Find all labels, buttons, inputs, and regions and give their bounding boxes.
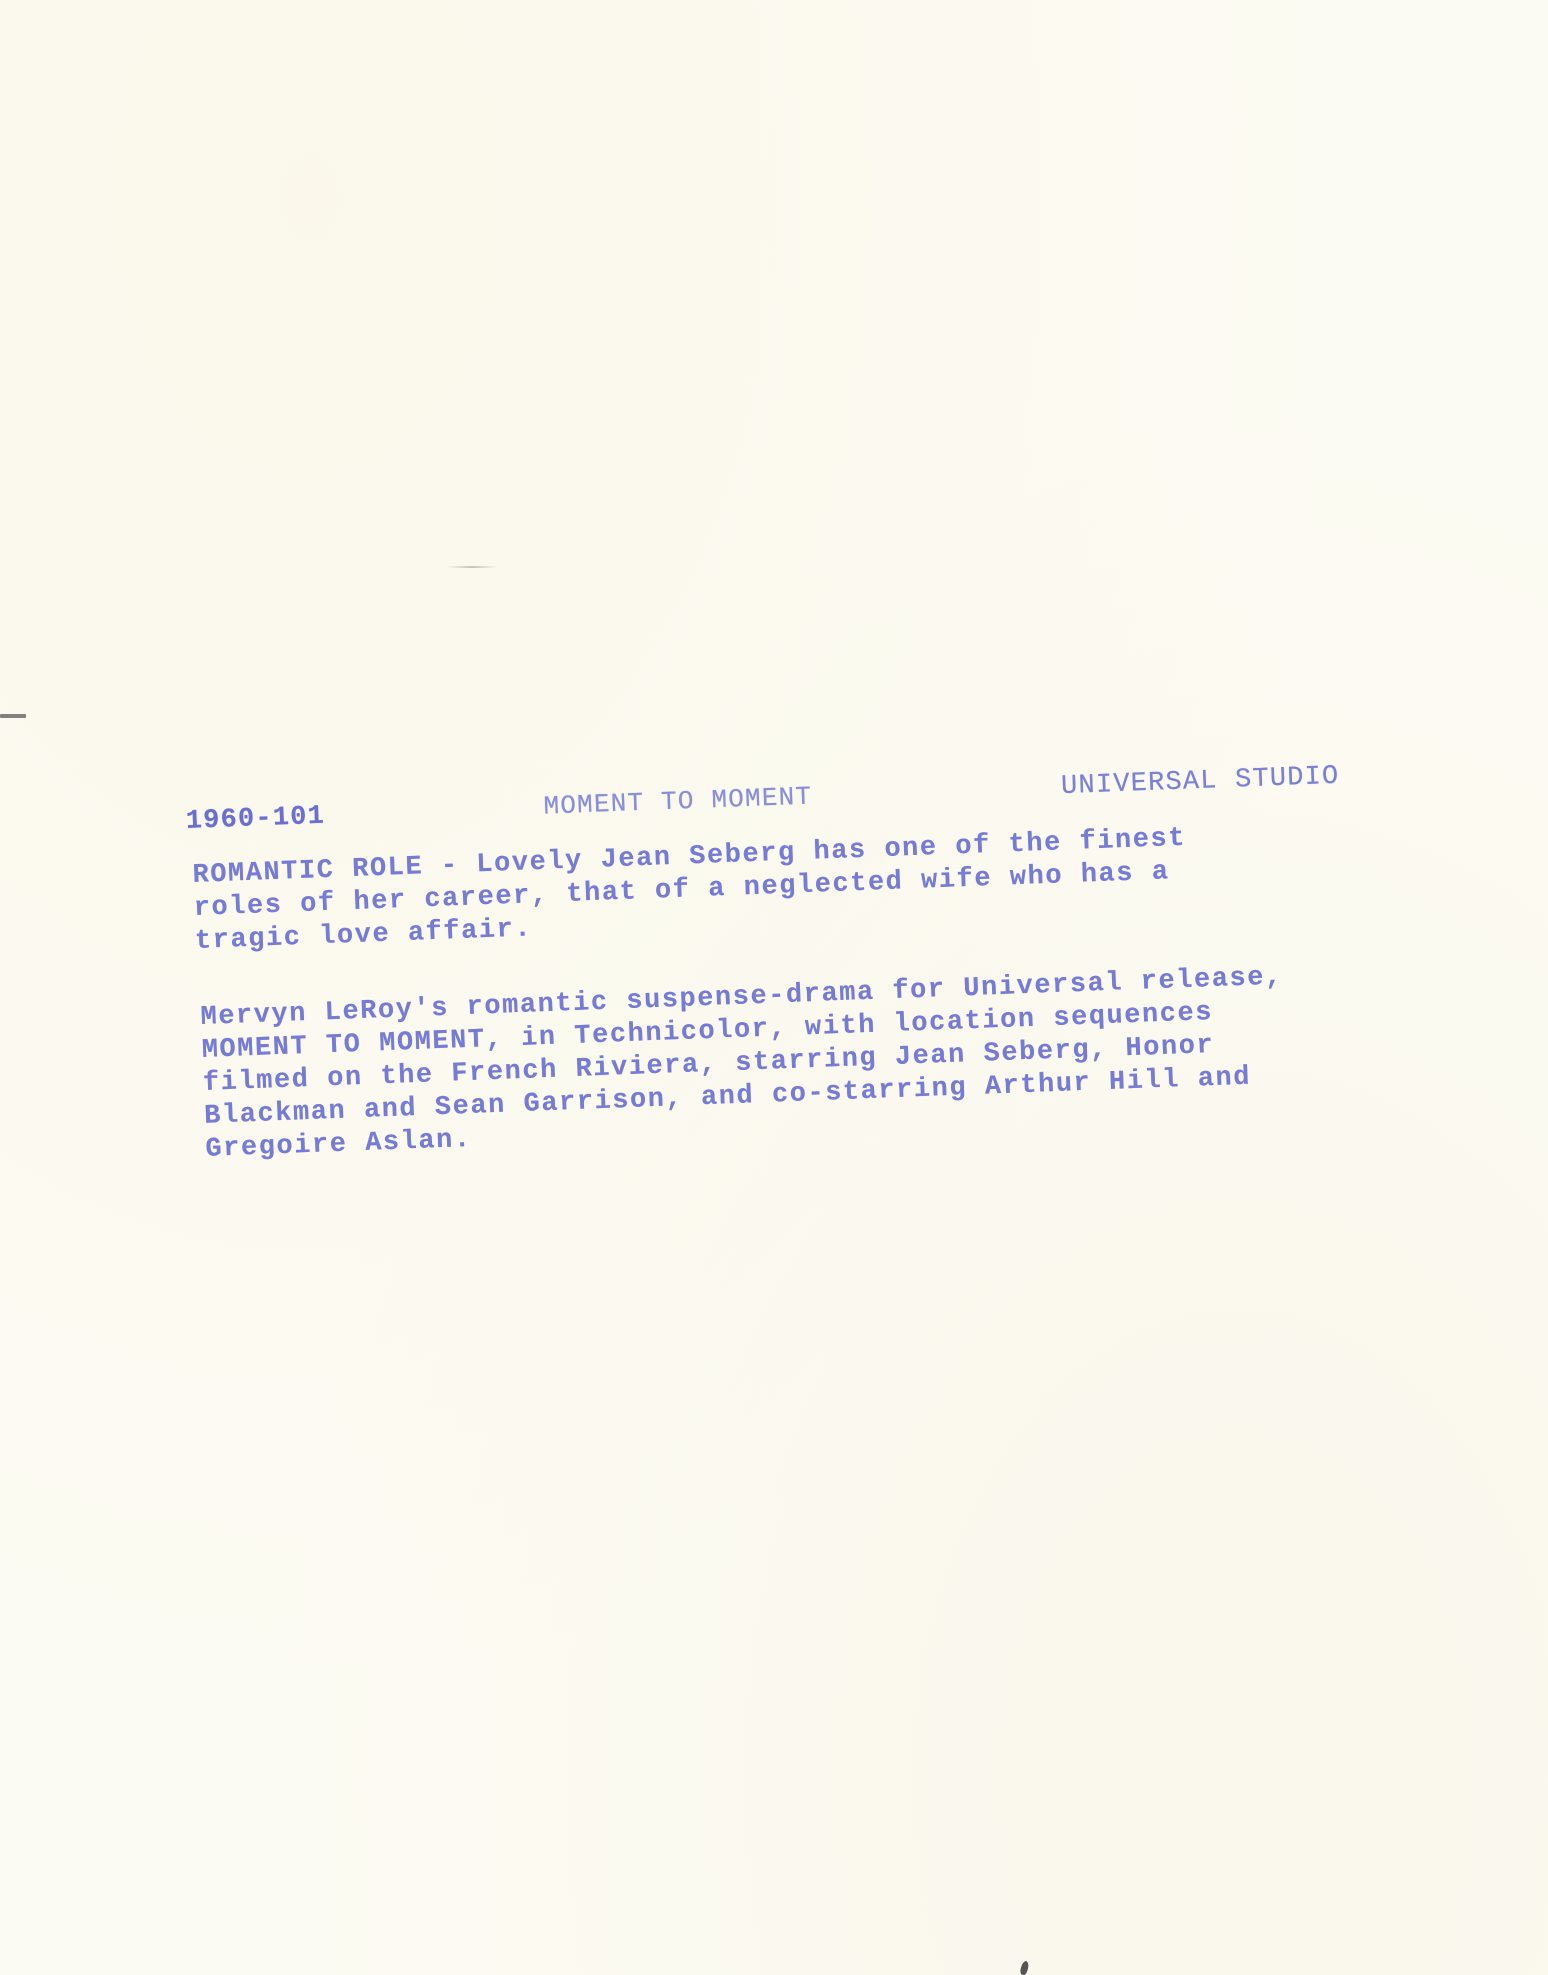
ink-dot [1019,1960,1029,1975]
studio-name: UNIVERSAL STUDIO [1061,762,1340,802]
caption-header: 1960-101 MOMENT TO MOMENT UNIVERSAL STUD… [185,760,1386,845]
paper-sheet: 1960-101 MOMENT TO MOMENT UNIVERSAL STUD… [0,0,1548,1975]
edge-mark [0,714,26,718]
pencil-smudge [447,566,497,568]
caption-paragraph: ROMANTIC ROLE - Lovely Jean Seberg has o… [192,823,1189,959]
reference-number: 1960-101 [185,802,325,837]
film-title: MOMENT TO MOMENT [543,781,813,821]
description-paragraph: Mervyn LeRoy's romantic suspense-drama f… [200,961,1288,1167]
